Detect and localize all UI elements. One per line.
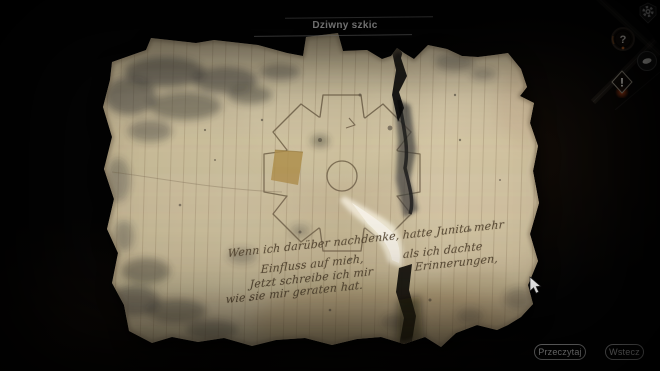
minimap: ? !: [585, 0, 660, 110]
minimap-gear-badge[interactable]: [638, 2, 658, 24]
minimap-question-marker[interactable]: ?: [610, 26, 636, 52]
back-button[interactable]: Wstecz: [605, 344, 644, 360]
torn-sketch-parchment: [0, 0, 660, 371]
minimap-exclamation-marker[interactable]: !: [609, 68, 635, 98]
page-title: Dziwny szkic: [250, 20, 440, 31]
minimap-poi-marker[interactable]: [635, 49, 659, 73]
exclamation-icon: !: [620, 76, 624, 90]
game-screen: Wenn ich darüber nachdenke, hatte Junita…: [0, 0, 660, 371]
mouse-cursor-icon: [529, 276, 543, 296]
read-button[interactable]: Przeczytaj: [534, 344, 586, 360]
question-icon: ?: [620, 34, 627, 46]
